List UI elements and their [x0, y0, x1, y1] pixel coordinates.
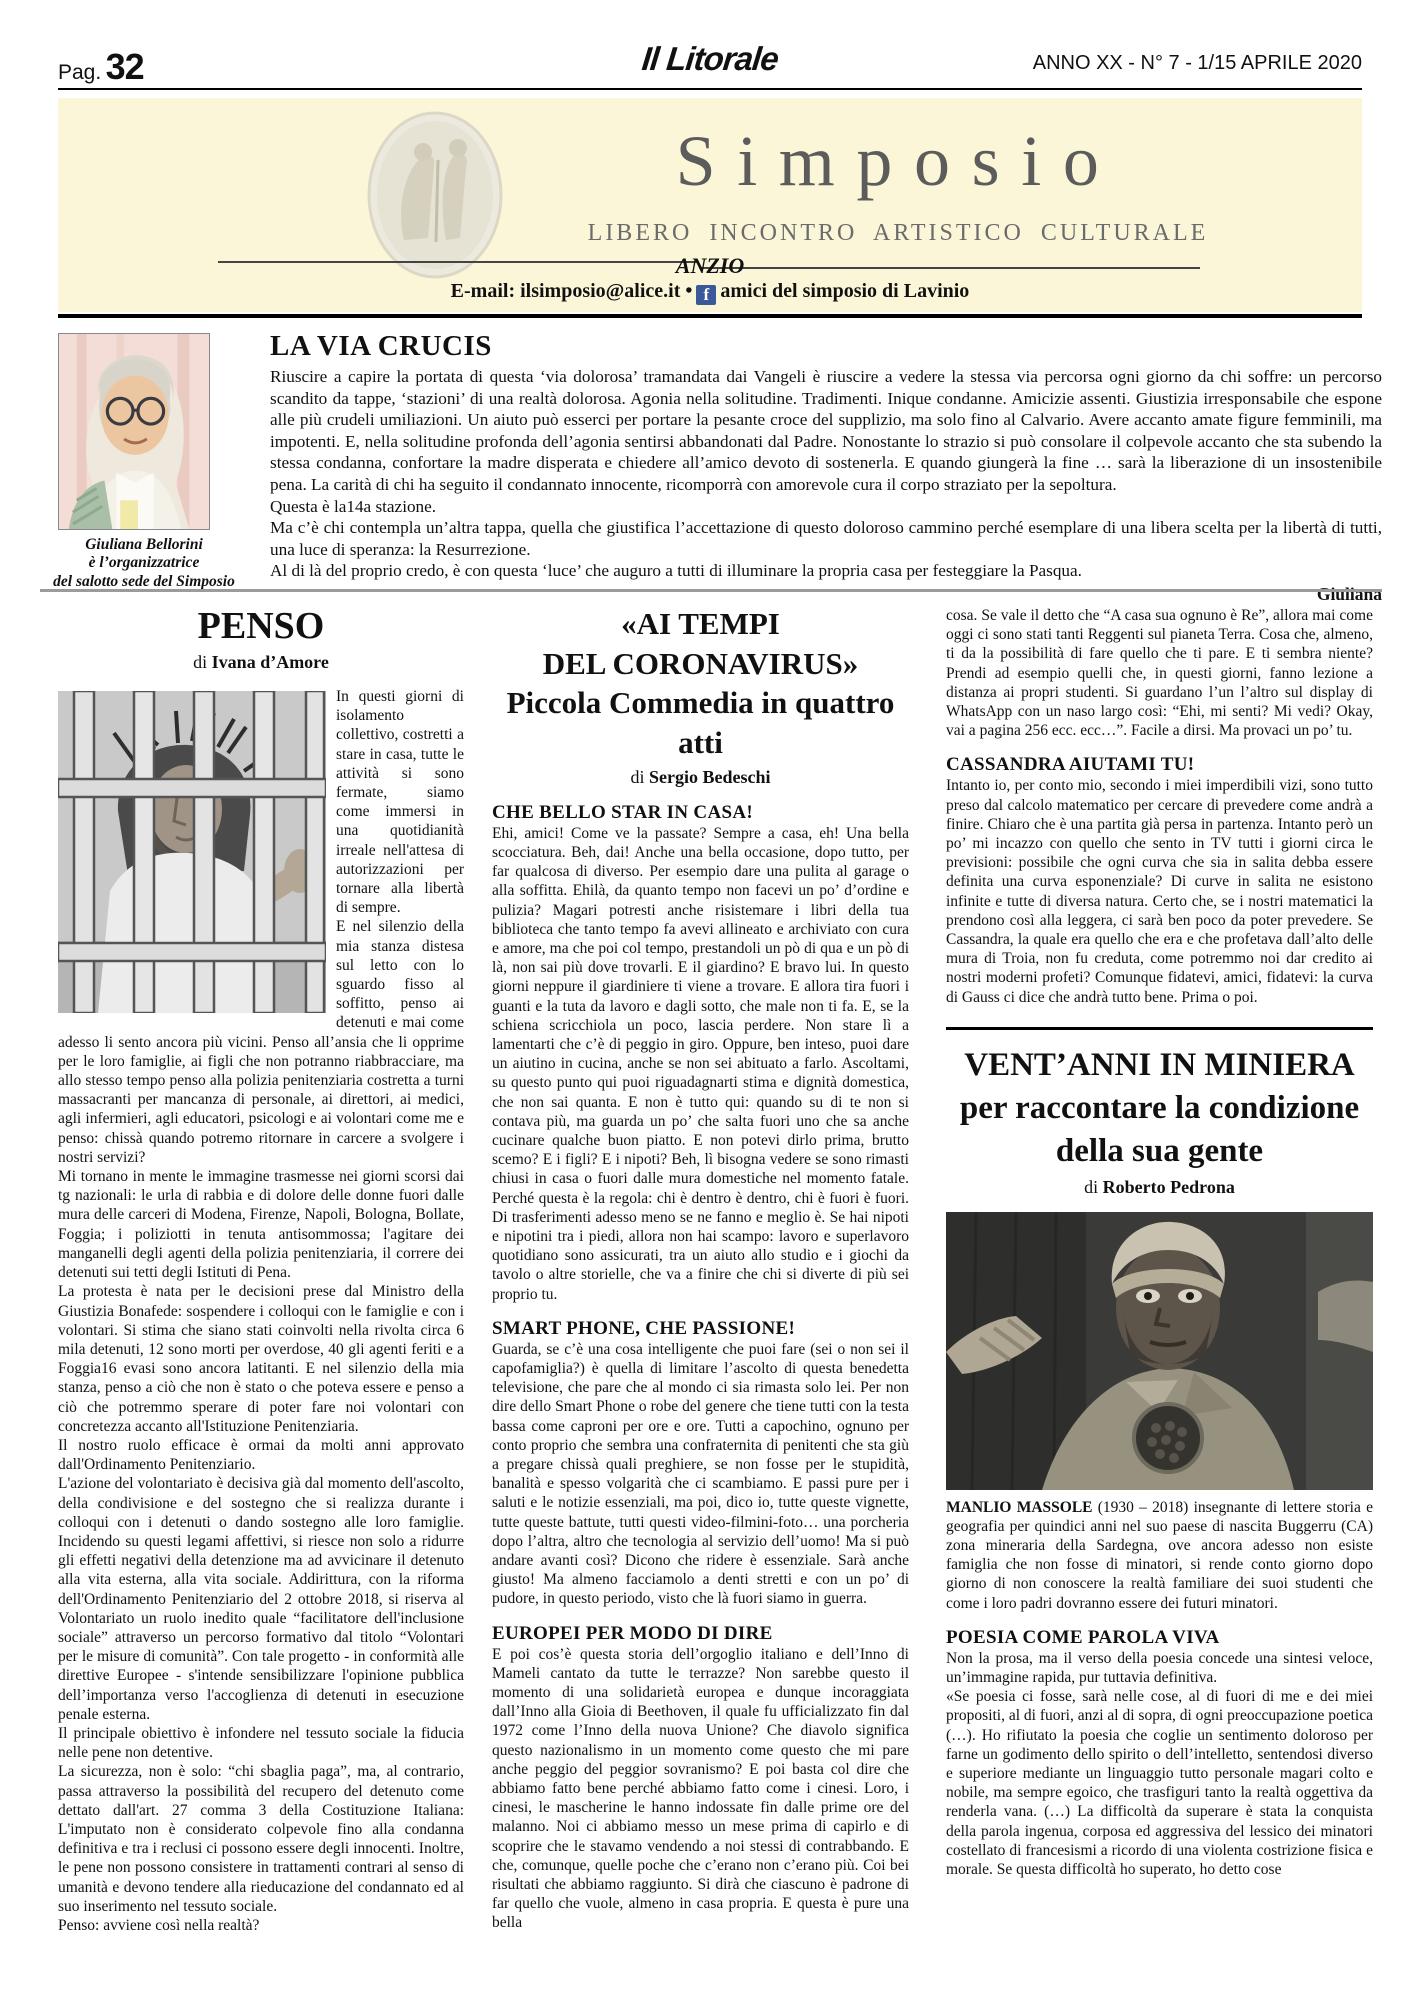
photo-caption: Giuliana Bellorini è l’organizzatrice de…: [30, 536, 258, 591]
author-name: Ivana d’Amore: [212, 652, 329, 672]
section-text: E poi cos’è questa storia dell’orgoglio …: [492, 1645, 909, 1933]
miner-photo: [946, 1212, 1373, 1490]
section-text: Intanto io, per conto mio, secondo i mie…: [946, 776, 1373, 1006]
article-title: LA VIA CRUCIS: [270, 330, 1382, 363]
penso-article: PENSO di Ivana d’Amore: [58, 604, 464, 1935]
author-name: Sergio Bedeschi: [649, 767, 771, 787]
article-paragraph: Al di là del proprio credo, è con questa…: [270, 560, 1382, 582]
article-paragraph: La sicurezza, non è solo: “chi sbaglia p…: [58, 1762, 464, 1916]
section-heading: SMART PHONE, CHE PASSIONE!: [492, 1318, 909, 1340]
masthead-subtitle: LIBERO INCONTRO ARTISTICO CULTURALE: [458, 220, 1338, 247]
header-rule: [58, 88, 1362, 90]
article-paragraph: Riuscire a capire la portata di questa ‘…: [270, 366, 1382, 496]
article-paragraph: Questa è la14a stazione.: [270, 496, 1382, 518]
continuation-text: cosa. Se vale il detto che “A casa sua o…: [946, 606, 1373, 740]
via-crucis-article: LA VIA CRUCIS Riuscire a capire la porta…: [270, 330, 1382, 605]
article-title: «AI TEMPI DEL CORONAVIRUS» Piccola Comme…: [492, 604, 909, 763]
giuliana-photo: [58, 333, 210, 530]
section-text: Ehi, amici! Come ve la passate? Sempre a…: [492, 824, 909, 1304]
article-divider-rule: [946, 1027, 1373, 1030]
article-paragraph: Penso: avviene così nella realtà?: [58, 1916, 464, 1935]
article-paragraph: Il principale obiettivo è infondere nel …: [58, 1724, 464, 1762]
article-signature: Giuliana: [270, 584, 1382, 605]
masthead-title: Simposio: [458, 120, 1338, 203]
facebook-group-text: amici del simposio di Lavinio: [720, 280, 969, 302]
author-name: Roberto Pedrona: [1103, 1177, 1235, 1197]
byline: di Roberto Pedrona: [946, 1177, 1373, 1198]
section-heading: EUROPEI PER MODO DI DIRE: [492, 1623, 909, 1645]
masthead-location: ANZIO: [58, 253, 1362, 279]
byline: di Ivana d’Amore: [58, 652, 464, 673]
prisoner-behind-bars-photo: [58, 691, 326, 1013]
masthead-contact: E-mail: ilsimposio@alice.it •famici del …: [58, 280, 1362, 305]
masthead-bottom-rule: [58, 314, 1362, 318]
section-text: Guarda, se c’è una cosa intelligente che…: [492, 1340, 909, 1609]
simposio-masthead: Simposio LIBERO INCONTRO ARTISTICO CULTU…: [58, 98, 1362, 312]
miniera-title: VENT’ANNI IN MINIERA per raccontare la c…: [946, 1044, 1373, 1173]
third-column: cosa. Se vale il detto che “A casa sua o…: [946, 606, 1373, 1879]
facebook-icon: f: [696, 285, 716, 305]
section-heading: CASSANDRA AIUTAMI TU!: [946, 754, 1373, 776]
article-paragraph: Il nostro ruolo efficace è ormai da molt…: [58, 1436, 464, 1474]
coronavirus-article: «AI TEMPI DEL CORONAVIRUS» Piccola Comme…: [492, 604, 909, 1933]
bio-name: MANLIO MASSOLE: [946, 1499, 1093, 1516]
byline: di Sergio Bedeschi: [492, 767, 909, 788]
article-paragraph: Ma c’è chi contempla un’altra tappa, que…: [270, 517, 1382, 560]
newspaper-page: Pag. 32 Il Litorale ANNO XX - N° 7 - 1/1…: [0, 0, 1420, 2000]
section-divider-rule: [40, 589, 1382, 592]
article-body: In questi giorni di isolamento collettiv…: [58, 687, 464, 1935]
article-paragraph: L'azione del volontariato è decisiva già…: [58, 1474, 464, 1724]
section-heading: POESIA COME PAROLA VIVA: [946, 1627, 1373, 1649]
article-paragraph: Mi tornano in mente le immagine trasmess…: [58, 1167, 464, 1282]
article-paragraph: La protesta è nata per le decisioni pres…: [58, 1282, 464, 1436]
section-text: Non la prosa, ma il verso della poesia c…: [946, 1649, 1373, 1687]
email-text: E-mail: ilsimposio@alice.it •: [451, 280, 693, 302]
miner-bio: MANLIO MASSOLE (1930 – 2018) insegnante …: [946, 1498, 1373, 1613]
section-text: «Se poesia ci fosse, sarà nelle cose, al…: [946, 1687, 1373, 1879]
issue-info: ANNO XX - N° 7 - 1/15 APRILE 2020: [1033, 52, 1362, 75]
section-heading: CHE BELLO STAR IN CASA!: [492, 802, 909, 824]
article-title: PENSO: [58, 604, 464, 648]
